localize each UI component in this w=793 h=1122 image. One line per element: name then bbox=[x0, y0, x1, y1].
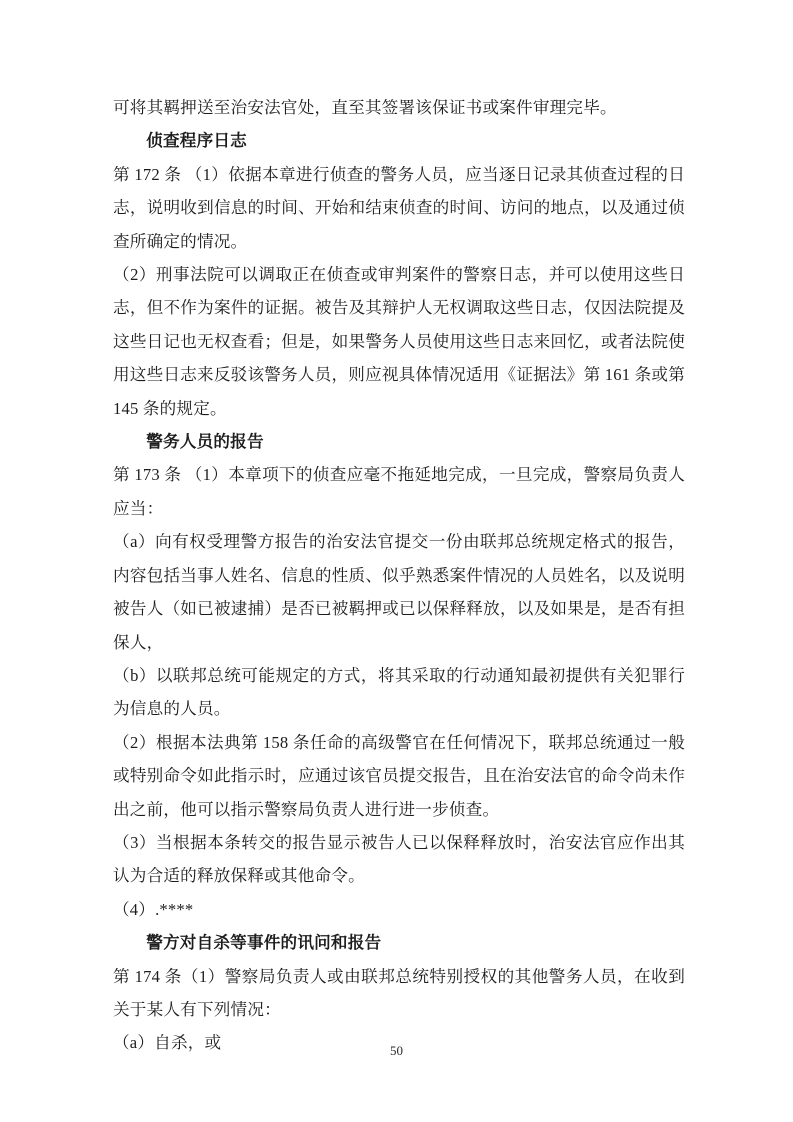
section-heading: 警方对自杀等事件的讯问和报告 bbox=[113, 926, 685, 959]
paragraph: 第 172 条 （1）依据本章进行侦查的警务人员，应当逐日记录其侦查过程的日志，… bbox=[113, 158, 685, 258]
paragraph: （b）以联邦总统可能规定的方式，将其采取的行动通知最初提供有关犯罪行为信息的人员… bbox=[113, 659, 685, 726]
paragraph: （2）刑事法院可以调取正在侦查或审判案件的警察日志，并可以使用这些日志，但不作为… bbox=[113, 258, 685, 425]
paragraph: 第 173 条 （1）本章项下的侦查应毫不拖延地完成，一旦完成，警察局负责人应当… bbox=[113, 458, 685, 525]
section-heading: 警务人员的报告 bbox=[113, 425, 685, 458]
paragraph: （3）当根据本条转交的报告显示被告人已以保释释放时，治安法官应作出其认为合适的释… bbox=[113, 826, 685, 893]
paragraph: （a）向有权受理警方报告的治安法官提交一份由联邦总统规定格式的报告，内容包括当事… bbox=[113, 525, 685, 659]
paragraph: （2）根据本法典第 158 条任命的高级警官在任何情况下，联邦总统通过一般或特别… bbox=[113, 726, 685, 826]
document-body: 可将其羁押送至治安法官处，直至其签署该保证书或案件审理完毕。 侦查程序日志 第 … bbox=[113, 91, 685, 1060]
page-number: 50 bbox=[0, 1042, 793, 1060]
paragraph: 可将其羁押送至治安法官处，直至其签署该保证书或案件审理完毕。 bbox=[113, 91, 685, 124]
paragraph: 第 174 条（1）警察局负责人或由联邦总统特别授权的其他警务人员，在收到关于某… bbox=[113, 960, 685, 1027]
section-heading: 侦查程序日志 bbox=[113, 124, 685, 157]
paragraph: （4）.**** bbox=[113, 893, 685, 926]
document-page: 可将其羁押送至治安法官处，直至其签署该保证书或案件审理完毕。 侦查程序日志 第 … bbox=[0, 0, 793, 1122]
